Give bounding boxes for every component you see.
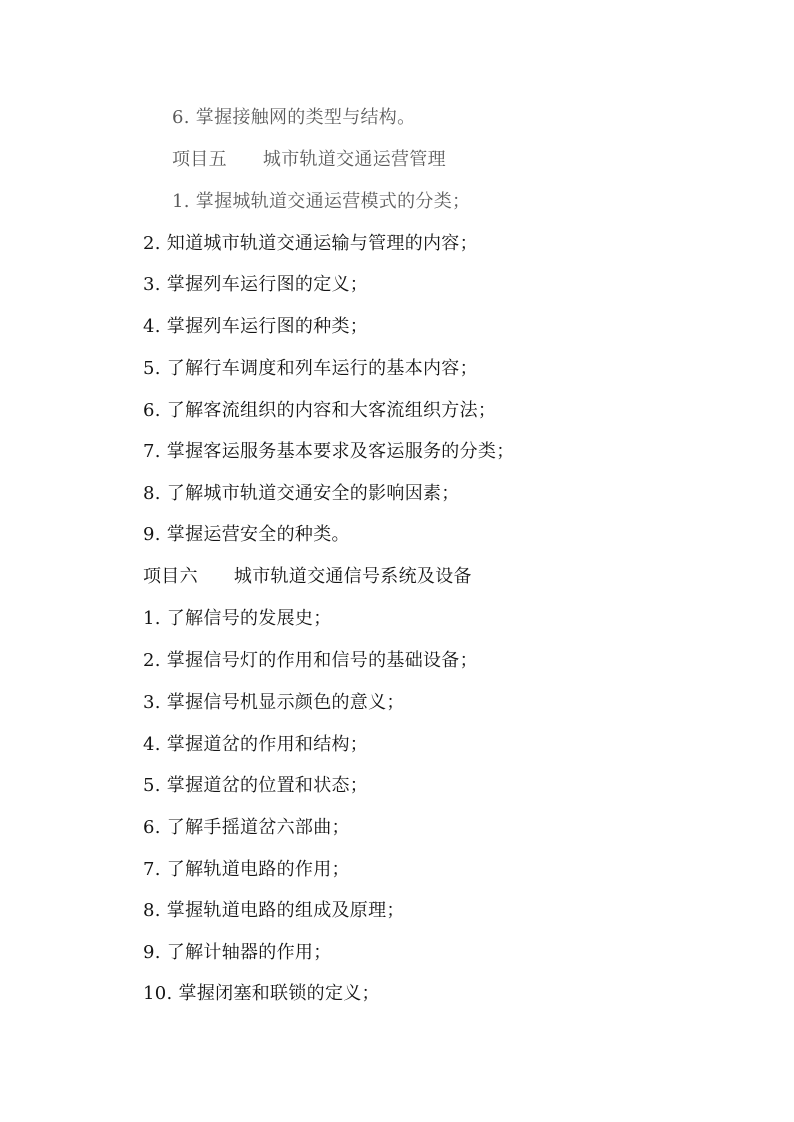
project6-item: 10. 掌握闭塞和联锁的定义； (143, 982, 380, 1006)
project5-item: 8. 了解城市轨道交通安全的影响因素； (143, 482, 460, 506)
project6-item: 5. 掌握道岔的位置和状态； (143, 774, 368, 798)
project5-item: 3. 掌握列车运行图的定义； (143, 273, 368, 297)
project5-number: 项目五 (172, 149, 227, 170)
project5-item: 4. 掌握列车运行图的种类； (143, 315, 368, 339)
continued-item: 6. 掌握接触网的类型与结构。 (172, 106, 415, 130)
project6-number: 项目六 (143, 566, 198, 587)
project5-heading: 项目五城市轨道交通运营管理 (172, 148, 446, 172)
project6-title: 城市轨道交通信号系统及设备 (234, 566, 472, 587)
project5-item: 6. 了解客流组织的内容和大客流组织方法； (143, 399, 496, 423)
project6-item: 1. 了解信号的发展史； (143, 607, 332, 631)
project5-item: 5. 了解行车调度和列车运行的基本内容； (143, 357, 478, 381)
project6-item: 9. 了解计轴器的作用； (143, 941, 332, 965)
project5-title: 城市轨道交通运营管理 (263, 149, 446, 170)
project6-item: 4. 掌握道岔的作用和结构； (143, 733, 368, 757)
project6-item: 3. 掌握信号机显示颜色的意义； (143, 691, 405, 715)
project6-heading: 项目六城市轨道交通信号系统及设备 (143, 565, 472, 589)
project5-item: 1. 掌握城轨道交通运营模式的分类； (172, 190, 470, 214)
project6-item: 8. 掌握轨道电路的组成及原理； (143, 899, 405, 923)
project5-item: 2. 知道城市轨道交通运输与管理的内容； (143, 232, 478, 256)
project6-item: 2. 掌握信号灯的作用和信号的基础设备； (143, 649, 478, 673)
document-page: 6. 掌握接触网的类型与结构。 项目五城市轨道交通运营管理 1. 掌握城轨道交通… (0, 0, 794, 1122)
project5-item: 7. 掌握客运服务基本要求及客运服务的分类； (143, 440, 515, 464)
project6-item: 7. 了解轨道电路的作用； (143, 858, 350, 882)
project5-item: 9. 掌握运营安全的种类。 (143, 523, 350, 547)
project6-item: 6. 了解手摇道岔六部曲； (143, 816, 350, 840)
